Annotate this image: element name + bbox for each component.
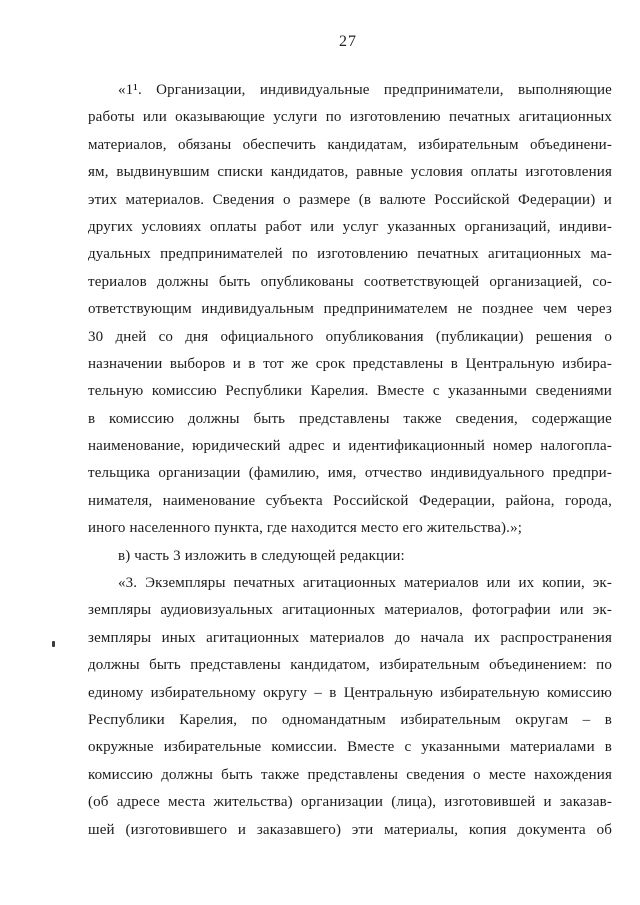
text-line: тельщика организации (фамилию, имя, отче…: [88, 460, 612, 487]
text-line: «3. Экземпляры печатных агитационных мат…: [88, 570, 612, 597]
text-line: иного населенного пункта, где находится …: [88, 515, 612, 542]
text-line: (об адресе места жительства) организации…: [88, 789, 612, 816]
text-line: «1¹. Организации, индивидуальные предпри…: [88, 77, 612, 104]
text-line: должны быть представлены кандидатом, изб…: [88, 652, 612, 679]
text-line: шей (изготовившего и заказавшего) эти ма…: [88, 817, 612, 844]
text-line: в) часть 3 изложить в следующей редакции…: [88, 543, 612, 570]
text-line: работы или оказывающие услуги по изготов…: [88, 104, 612, 131]
text-line: назначении выборов и в тот же срок предс…: [88, 351, 612, 378]
text-line: земпляры аудиовизуальных агитационных ма…: [88, 597, 612, 624]
text-line: окружные избирательные комиссии. Вместе …: [88, 734, 612, 761]
text-line: земпляры иных агитационных материалов до…: [88, 625, 612, 652]
text-line: териалов должны быть опубликованы соотве…: [88, 269, 612, 296]
text-line: этих материалов. Сведения о размере (в в…: [88, 187, 612, 214]
text-line: Республики Карелия, по одномандатным изб…: [88, 707, 612, 734]
page-number: 27: [0, 33, 640, 51]
document-page: 27 «1¹. Организации, индивидуальные пред…: [0, 0, 640, 905]
text-line: единому избирательному округу – в Центра…: [88, 680, 612, 707]
text-line: нимателя, наименование субъекта Российск…: [88, 488, 612, 515]
text-line: дуальных предпринимателей по изготовлени…: [88, 241, 612, 268]
text-line: в комиссию должны быть представлены такж…: [88, 406, 612, 433]
text-line: 30 дней со дня официального опубликовани…: [88, 324, 612, 351]
text-line: других условиях оплаты работ или услуг у…: [88, 214, 612, 241]
text-line: комиссию должны быть также представлены …: [88, 762, 612, 789]
text-line: тельную комиссию Республики Карелия. Вме…: [88, 378, 612, 405]
scan-artifact-speck: [52, 641, 55, 647]
text-line: материалов, обязаны обеспечить кандидата…: [88, 132, 612, 159]
text-line: ответствующим индивидуальным предпринима…: [88, 296, 612, 323]
text-line: ям, выдвинувшим списки кандидатов, равны…: [88, 159, 612, 186]
text-block: «1¹. Организации, индивидуальные предпри…: [88, 77, 612, 844]
text-line: наименование, юридический адрес и иденти…: [88, 433, 612, 460]
